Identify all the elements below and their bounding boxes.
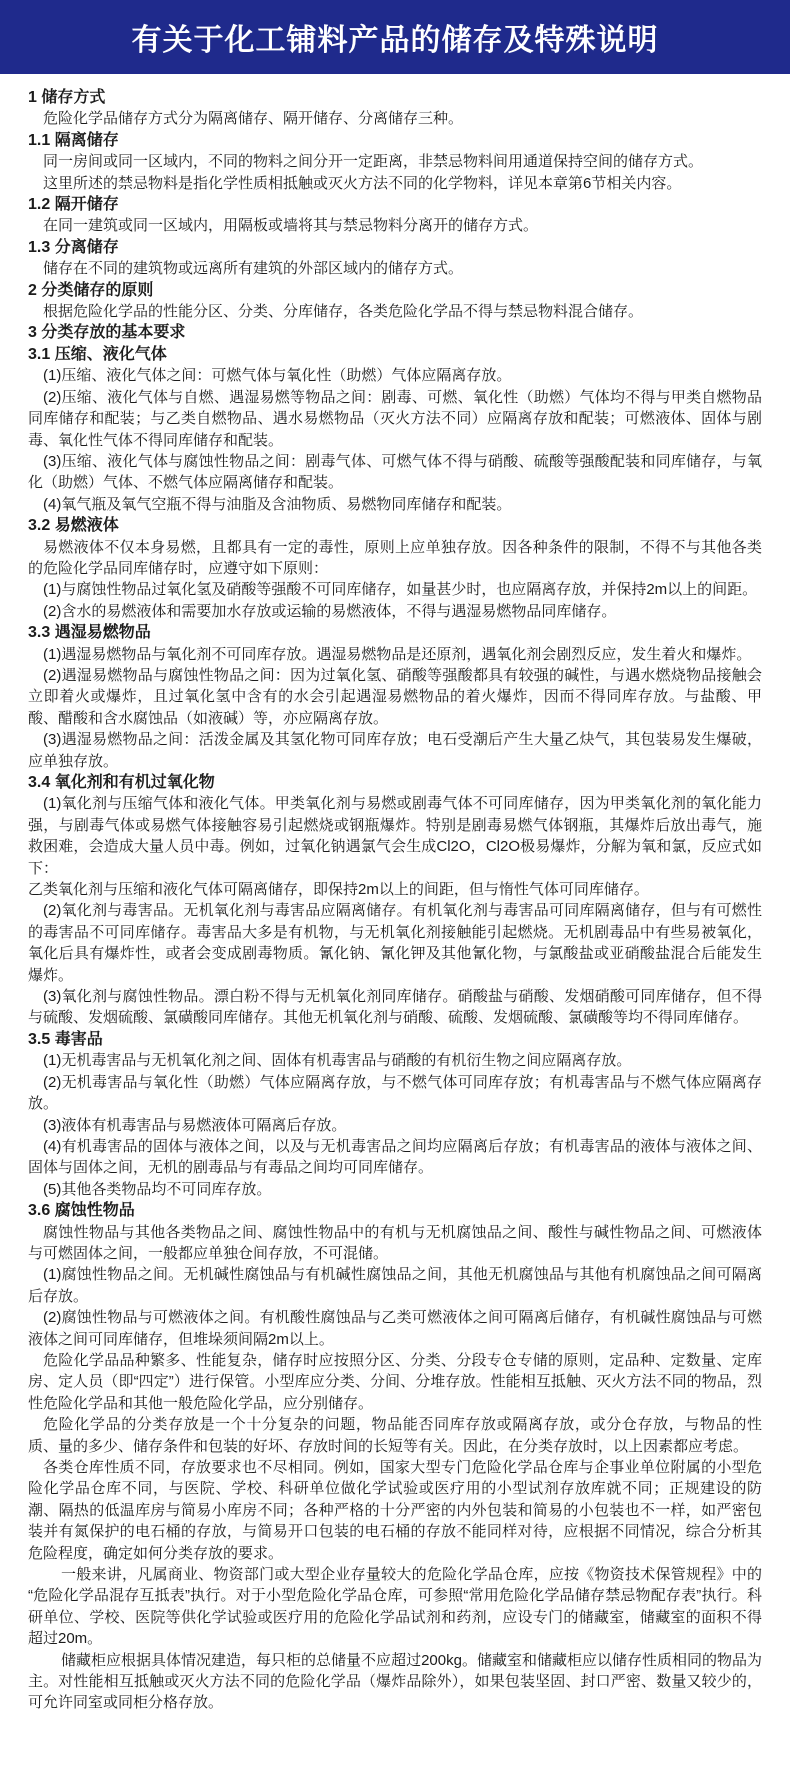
paragraph: (2)无机毒害品与氧化性（助燃）气体应隔离存放，与不燃气体可同库存放；有机毒害品… bbox=[28, 1072, 762, 1115]
paragraph: 同一房间或同一区域内，不同的物料之间分开一定距离，非禁忌物料间用通道保持空间的储… bbox=[28, 151, 762, 172]
document-body: 1 储存方式危险化学品储存方式分为隔离储存、隔开储存、分离储存三种。1.1 隔离… bbox=[0, 74, 790, 1714]
paragraph: (2)遇湿易燃物品与腐蚀性物品之间：因为过氧化氢、硝酸等强酸都具有较强的碱性，与… bbox=[28, 665, 762, 729]
paragraph: (3)氧化剂与腐蚀性物品。漂白粉不得与无机氧化剂同库储存。硝酸盐与硝酸、发烟硝酸… bbox=[28, 986, 762, 1029]
paragraph: (3)压缩、液化气体与腐蚀性物品之间：剧毒气体、可燃气体不得与硝酸、硫酸等强酸配… bbox=[28, 451, 762, 494]
section-heading: 3.6 腐蚀性物品 bbox=[28, 1200, 762, 1221]
paragraph: (1)腐蚀性物品之间。无机碱性腐蚀品与有机碱性腐蚀品之间，其他无机腐蚀品与其他有… bbox=[28, 1264, 762, 1307]
section-heading: 2 分类储存的原则 bbox=[28, 280, 762, 301]
paragraph: 一般来讲，凡属商业、物资部门或大型企业存量较大的危险化学品仓库，应按《物资技术保… bbox=[28, 1564, 762, 1650]
section-heading: 3.2 易燃液体 bbox=[28, 515, 762, 536]
paragraph: (4)有机毒害品的固体与液体之间，以及与无机毒害品之间均应隔离后存放；有机毒害品… bbox=[28, 1136, 762, 1179]
paragraph: 储藏柜应根据具体情况建造，每只柜的总储量不应超过200kg。储藏室和储藏柜应以储… bbox=[28, 1650, 762, 1714]
section-heading: 3.1 压缩、液化气体 bbox=[28, 344, 762, 365]
section-heading: 3 分类存放的基本要求 bbox=[28, 322, 762, 343]
paragraph: 这里所述的禁忌物料是指化学性质相抵触或灭火方法不同的化学物料，详见本章第6节相关… bbox=[28, 173, 762, 194]
section-heading: 1.2 隔开储存 bbox=[28, 194, 762, 215]
paragraph: 储存在不同的建筑物或远离所有建筑的外部区域内的储存方式。 bbox=[28, 258, 762, 279]
paragraph: (2)压缩、液化气体与自燃、遇湿易燃等物品之间：剧毒、可燃、氧化性（助燃）气体均… bbox=[28, 387, 762, 451]
paragraph: (2)含水的易燃液体和需要加水存放或运输的易燃液体，不得与遇湿易燃物品同库储存。 bbox=[28, 601, 762, 622]
paragraph: (3)液体有机毒害品与易燃液体可隔离后存放。 bbox=[28, 1115, 762, 1136]
section-heading: 1.3 分离储存 bbox=[28, 237, 762, 258]
section-heading: 3.3 遇湿易燃物品 bbox=[28, 622, 762, 643]
paragraph: 易燃液体不仅本身易燃，且都具有一定的毒性，原则上应单独存放。因各种条件的限制，不… bbox=[28, 537, 762, 580]
paragraph: (3)遇湿易燃物品之间：活泼金属及其氢化物可同库存放；电石受潮后产生大量乙炔气，… bbox=[28, 729, 762, 772]
paragraph: (1)遇湿易燃物品与氧化剂不可同库存放。遇湿易燃物品是还原剂，遇氧化剂会剧烈反应… bbox=[28, 644, 762, 665]
title-banner: 有关于化工铺料产品的储存及特殊说明 bbox=[0, 0, 790, 74]
paragraph: 各类仓库性质不同，存放要求也不尽相同。例如，国家大型专门危险化学品仓库与企事业单… bbox=[28, 1457, 762, 1564]
paragraph: 根据危险化学品的性能分区、分类、分库储存，各类危险化学品不得与禁忌物料混合储存。 bbox=[28, 301, 762, 322]
paragraph: 在同一建筑或同一区域内，用隔板或墙将其与禁忌物料分离开的储存方式。 bbox=[28, 215, 762, 236]
paragraph: (5)其他各类物品均不可同库存放。 bbox=[28, 1179, 762, 1200]
paragraph: (2)腐蚀性物品与可燃液体之间。有机酸性腐蚀品与乙类可燃液体之间可隔离后储存，有… bbox=[28, 1307, 762, 1350]
section-heading: 3.5 毒害品 bbox=[28, 1029, 762, 1050]
paragraph: 危险化学品的分类存放是一个十分复杂的问题，物品能否同库存放或隔离存放，或分仓存放… bbox=[28, 1414, 762, 1457]
paragraph: (1)氧化剂与压缩气体和液化气体。甲类氧化剂与易燃或剧毒气体不可同库储存，因为甲… bbox=[28, 793, 762, 879]
paragraph: (1)压缩、液化气体之间：可燃气体与氧化性（助燃）气体应隔离存放。 bbox=[28, 365, 762, 386]
section-heading: 1.1 隔离储存 bbox=[28, 130, 762, 151]
paragraph: 危险化学品储存方式分为隔离储存、隔开储存、分离储存三种。 bbox=[28, 108, 762, 129]
paragraph: 危险化学品品种繁多、性能复杂，储存时应按照分区、分类、分段专仓专储的原则，定品种… bbox=[28, 1350, 762, 1414]
section-heading: 3.4 氧化剂和有机过氧化物 bbox=[28, 772, 762, 793]
paragraph: (1)无机毒害品与无机氧化剂之间、固体有机毒害品与硝酸的有机衍生物之间应隔离存放… bbox=[28, 1050, 762, 1071]
paragraph: 腐蚀性物品与其他各类物品之间、腐蚀性物品中的有机与无机腐蚀品之间、酸性与碱性物品… bbox=[28, 1222, 762, 1265]
section-heading: 1 储存方式 bbox=[28, 87, 762, 108]
paragraph: (2)氧化剂与毒害品。无机氧化剂与毒害品应隔离储存。有机氧化剂与毒害品可同库隔离… bbox=[28, 900, 762, 986]
paragraph: (1)与腐蚀性物品过氧化氢及硝酸等强酸不可同库储存，如量甚少时，也应隔离存放，并… bbox=[28, 579, 762, 600]
page-title: 有关于化工铺料产品的储存及特殊说明 bbox=[132, 15, 659, 59]
paragraph: (4)氧气瓶及氧气空瓶不得与油脂及含油物质、易燃物同库储存和配装。 bbox=[28, 494, 762, 515]
paragraph: 乙类氧化剂与压缩和液化气体可隔离储存，即保持2m以上的间距，但与惰性气体可同库储… bbox=[28, 879, 762, 900]
